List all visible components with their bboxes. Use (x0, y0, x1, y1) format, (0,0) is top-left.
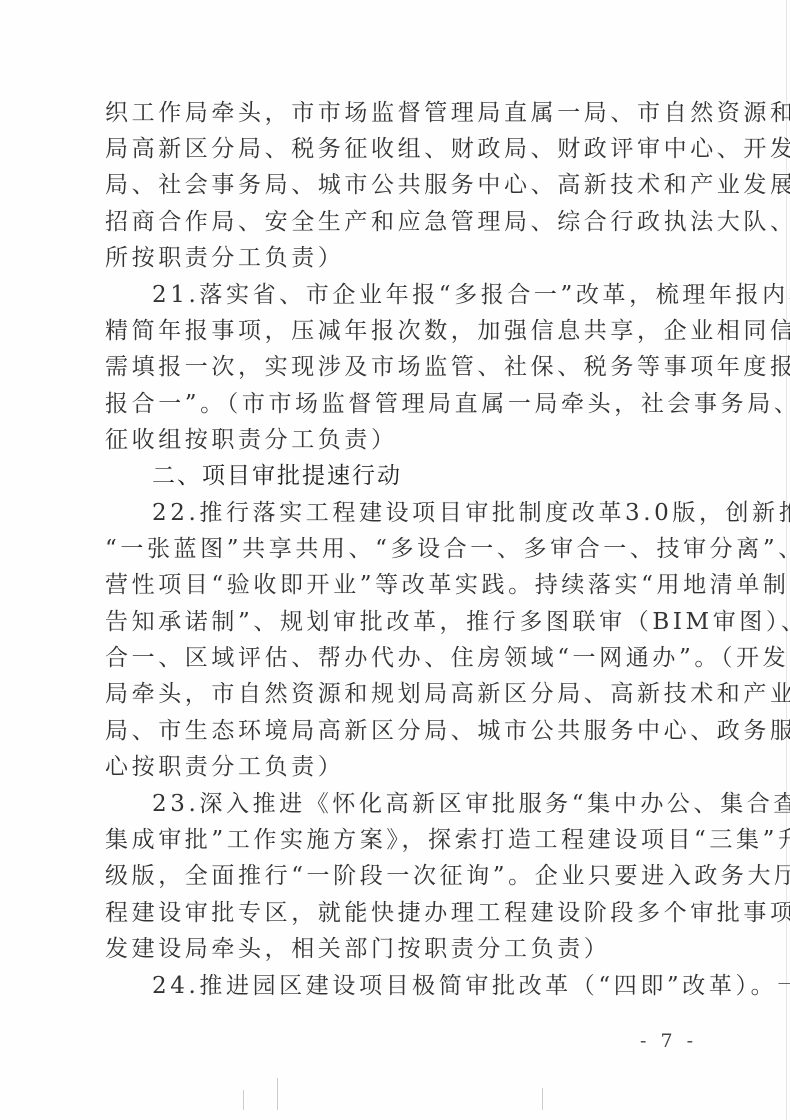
item-21-line-2: 精简年报事项，压减年报次数，加强信息共享，企业相同信息只 (105, 316, 689, 346)
item-22-line-7: 局、市生态环境局高新区分局、城市公共服务中心、政务服务中 (105, 716, 689, 746)
page-number: - 7 - (640, 1030, 697, 1052)
item-21-line-3: 需填报一次，实现涉及市场监管、社保、税务等事项年度报告“多 (105, 352, 689, 382)
item-23-line-2: 集成审批”工作实施方案》，探索打造工程建设项目“三集”升 (105, 825, 689, 855)
line-1: 织工作局牵头，市市场监督管理局直属一局、市自然资源和规划 (105, 98, 689, 128)
item-22-line-6: 局牵头，市自然资源和规划局高新区分局、高新技术和产业发展 (105, 679, 689, 709)
item-23-line-5: 发建设局牵头，相关部门按职责分工负责） (105, 934, 689, 964)
item-21-line-4: 报合一”。（市市场监督管理局直属一局牵头，社会事务局、税务 (105, 389, 689, 419)
line-5: 所按职责分工负责） (105, 243, 689, 273)
section-heading: 二、项目审批提速行动 (152, 461, 689, 491)
item-22-line-3: 营性项目“验收即开业”等改革实践。持续落实“用地清单制+ (105, 570, 689, 600)
document-page: 织工作局牵头，市市场监督管理局直属一局、市自然资源和规划 局高新区分局、税务征收… (0, 0, 790, 1120)
line-2: 局高新区分局、税务征收组、财政局、财政评审中心、开发建设 (105, 134, 689, 164)
line-3: 局、社会事务局、城市公共服务中心、高新技术和产业发展局、 (105, 170, 689, 200)
item-22-line-4: 告知承诺制”、规划审批改革，推行多图联审（BIM审图）、多测 (105, 607, 689, 637)
item-23-line-1: 23.深入推进《怀化高新区审批服务“集中办公、集合查验、 (152, 789, 689, 819)
item-21-line-5: 征收组按职责分工负责） (105, 425, 689, 455)
item-23-line-3: 级版，全面推行“一阶段一次征询”。企业只要进入政务大厅工 (105, 861, 689, 891)
item-22-line-1: 22.推行落实工程建设项目审批制度改革3.0版，创新推进 (152, 498, 689, 528)
item-23-line-4: 程建设审批专区，就能快捷办理工程建设阶段多个审批事项。（开 (105, 898, 689, 928)
item-22-line-8: 心按职责分工负责） (105, 752, 689, 782)
item-22-line-2: “一张蓝图”共享共用、“多设合一、多审合一、技审分离”、经 (105, 534, 689, 564)
line-4: 招商合作局、安全生产和应急管理局、综合行政执法大队、派出 (105, 207, 689, 237)
item-21-line-1: 21.落实省、市企业年报“多报合一”改革，梳理年报内容， (152, 280, 689, 310)
item-24-line-1: 24.推进园区建设项目极简审批改革（“四即”改革）。一是 (152, 971, 689, 1001)
item-22-line-5: 合一、区域评估、帮办代办、住房领域“一网通办”。（开发建设 (105, 643, 689, 673)
